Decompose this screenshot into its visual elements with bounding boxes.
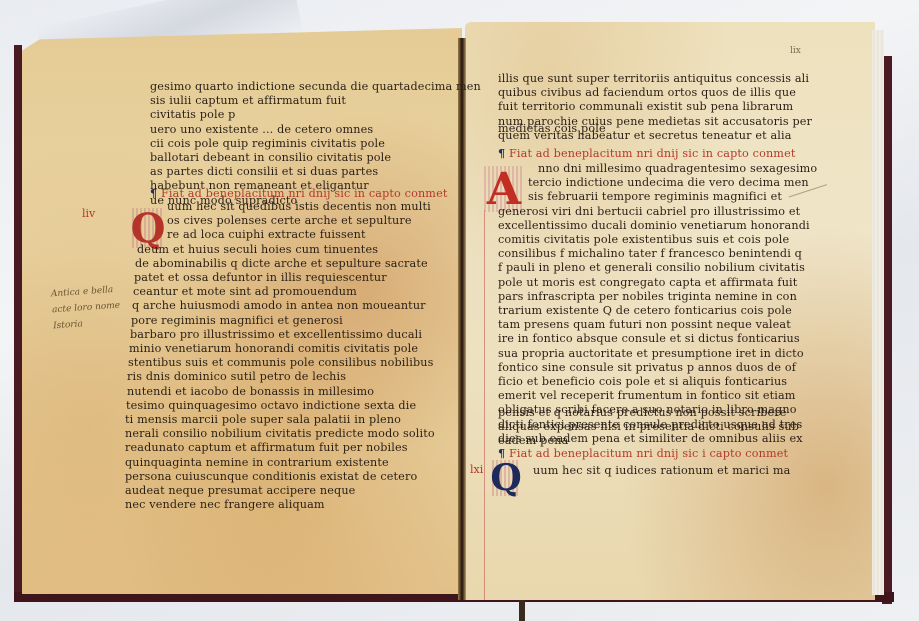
- text-line: uero uno existente ... de cetero omnes: [150, 123, 481, 137]
- right-page-paragraph-3: uum hec sit q iudices rationum et marici…: [533, 464, 790, 478]
- text-line: cii cois pole quip regiminis civitatis p…: [150, 137, 481, 151]
- text-line: de abominabilis q dicte arche et sepultu…: [125, 257, 435, 271]
- text-line: fuit territorio communali existit sub pe…: [498, 100, 812, 114]
- text-line: tam presens quam futuri non possint nequ…: [498, 318, 817, 332]
- text-line: fontico sine consule sit privatus p anno…: [498, 361, 817, 375]
- text-line: pars infrascripta per nobiles triginta n…: [498, 290, 817, 304]
- text-line: quinquaginta nemine in contrarium existe…: [125, 456, 435, 470]
- text-line: audeat neque presumat accipere neque: [125, 484, 435, 498]
- book-cover-left-edge: [14, 45, 22, 600]
- text-line: uum hec sit q iudices rationum et marici…: [533, 464, 790, 478]
- text-line: as partes dicti consilii et si duas part…: [150, 165, 481, 179]
- right-page-rubric-2: ¶ Fiat ad beneplacitum nri dnij sic i ca…: [498, 446, 788, 461]
- text-line: barbaro pro illustrissimo et excellentis…: [125, 328, 435, 342]
- text-line: ti mensis marcii pole super sala palatii…: [125, 413, 435, 427]
- text-line: ballotari debeant in consilio civitatis …: [150, 151, 481, 165]
- text-line: minio venetiarum honorandi comitis civit…: [125, 342, 435, 356]
- right-margin-chapter-number: lxi: [470, 463, 483, 476]
- text-line: sis februarii tempore regiminis magnific…: [498, 190, 817, 204]
- rubric-text: Fiat ad beneplacitum nri dnij sic in cap…: [161, 187, 447, 200]
- left-margin-handwritten-note: Antica e bella acte loro nome Istoria: [50, 282, 121, 335]
- text-line: medietas cois pole: [498, 122, 606, 136]
- page-block-edges: [872, 30, 884, 595]
- text-line: stentibus suis et communis pole consilib…: [125, 356, 435, 370]
- text-line: trarium existente Q de cetero fonticariu…: [498, 304, 817, 318]
- text-line: comitis civitatis pole existentibus suis…: [498, 233, 817, 247]
- bookmark-ribbon: [519, 600, 525, 621]
- text-line: sua propria auctoritate et presumptione …: [498, 347, 817, 361]
- text-line: excellentissimo ducali dominio venetiaru…: [498, 219, 817, 233]
- text-line: nno dni millesimo quadragentesimo sexage…: [498, 162, 817, 176]
- text-line: civitatis pole p: [150, 108, 481, 122]
- illuminated-initial-q-blue: Q: [492, 460, 520, 496]
- text-line: pore regiminis magnifici et generosi: [125, 314, 435, 328]
- text-line: nerali consilio nobilium civitatis predi…: [125, 427, 435, 441]
- text-line: illis que sunt super territoriis antiqui…: [498, 72, 812, 86]
- text-line: gesimo quarto indictione secunda die qua…: [150, 80, 481, 94]
- left-margin-chapter-number: liv: [82, 207, 95, 220]
- text-line: q arche huiusmodi amodo in antea non mou…: [125, 299, 435, 313]
- text-line: generosi viri dni bertucii cabriel pro i…: [498, 205, 817, 219]
- right-page-rubric-1: ¶ Fiat ad beneplacitum nri dnij sic in c…: [498, 146, 795, 161]
- text-line: pole ut moris est congregato capta et af…: [498, 276, 817, 290]
- rubric-text: Fiat ad beneplacitum nri dnij sic i capt…: [509, 447, 788, 460]
- margin-ruling-line: [484, 210, 485, 600]
- text-line: aliquas expensas nisi in presentia dicti…: [498, 420, 799, 434]
- text-line: patet et ossa defuntor in illis requiesc…: [125, 271, 435, 285]
- right-page-paragraph-2: nno dni millesimo quadragentesimo sexage…: [498, 162, 817, 446]
- text-line: persona cuiuscunque conditionis existat …: [125, 470, 435, 484]
- text-line: ficio et beneficio cois pole et si aliqu…: [498, 375, 817, 389]
- pilcrow-icon: ¶: [498, 146, 505, 160]
- text-line: tesimo quinquagesimo octavo indictione s…: [125, 399, 435, 413]
- text-line: nutendi et iacobo de bonassis in millesi…: [125, 385, 435, 399]
- right-page-paragraph-1-end: medietas cois pole: [498, 122, 606, 136]
- text-line: consilibus f michalino tater f francesco…: [498, 247, 817, 261]
- text-line: readunato captum et affirmatum fuit per …: [125, 441, 435, 455]
- text-line: quibus civibus ad faciendum ortos quos d…: [498, 86, 812, 100]
- text-line: sis iulii captum et affirmatum fuit: [150, 94, 481, 108]
- right-page-paragraph-2-end: pensis et q notarius predictus non possi…: [498, 406, 799, 449]
- text-line: tercio indictione undecima die vero deci…: [498, 176, 817, 190]
- text-line: deum et huius seculi hoies cum tinuentes: [125, 243, 435, 257]
- text-line: f pauli in pleno et generali consilio no…: [498, 261, 817, 275]
- text-line: uum hec sit quedibus istis decentis non …: [125, 200, 435, 214]
- text-line: pensis et q notarius predictus non possi…: [498, 406, 799, 420]
- left-page-rubric: ¶ Fiat ad beneplacitum nri dnij sic in c…: [150, 186, 447, 201]
- rubric-text: Fiat ad beneplacitum nri dnij sic in cap…: [509, 147, 795, 160]
- text-line: re ad loca cuiphi extracte fuissent: [125, 228, 435, 242]
- pilcrow-icon: ¶: [150, 186, 157, 200]
- text-line: os cives polenses certe arche et sepultu…: [125, 214, 435, 228]
- left-page-paragraph-2: uum hec sit quedibus istis decentis non …: [125, 200, 435, 512]
- text-line: ceantur et mote sint ad promouendum: [125, 285, 435, 299]
- text-line: ire in fontico absque consule et si dict…: [498, 332, 817, 346]
- folio-number: lix: [790, 46, 801, 56]
- text-line: ris dnis dominico sutil petro de lechis: [125, 370, 435, 384]
- text-line: nec vendere nec frangere aliquam: [125, 498, 435, 512]
- text-line: emerit vel receperit frumentum in fontic…: [498, 389, 817, 403]
